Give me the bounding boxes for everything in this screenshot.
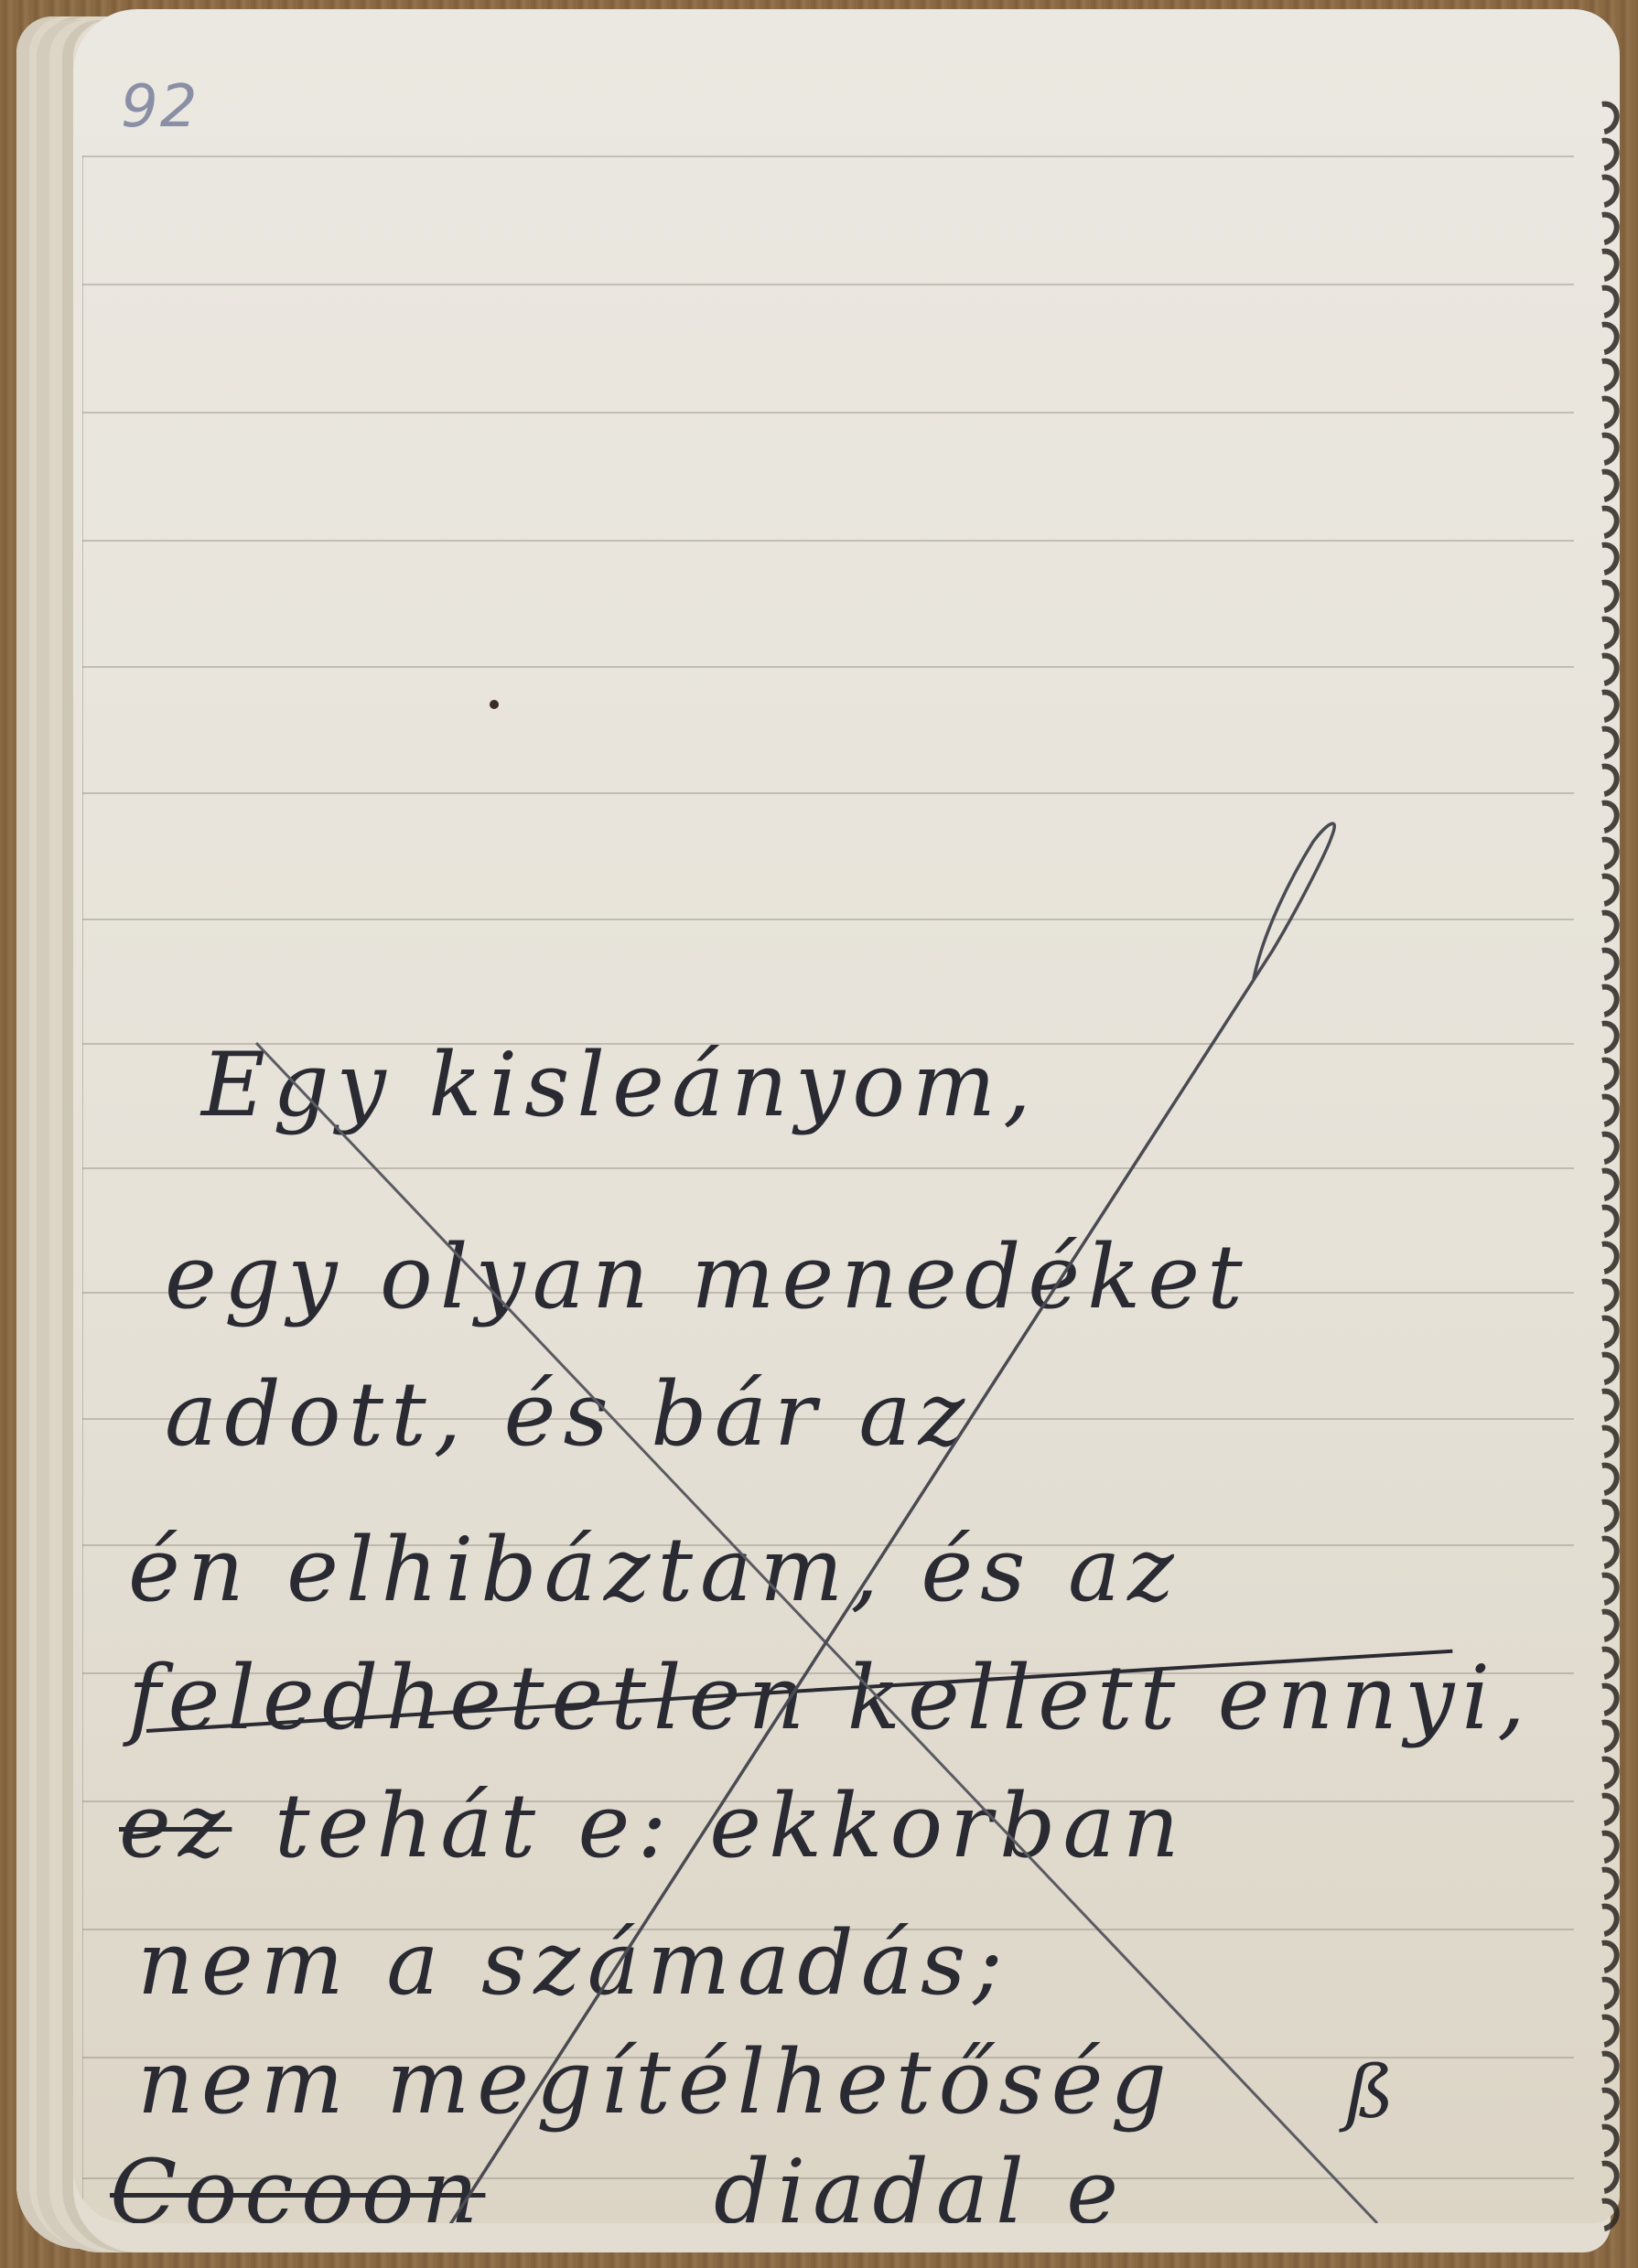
crossed-out-x-icon (73, 9, 1620, 2223)
spiral-binding (1576, 101, 1631, 2232)
notebook-page: 92 Egy kisleányom, egy olyan menedéket a… (73, 9, 1620, 2223)
